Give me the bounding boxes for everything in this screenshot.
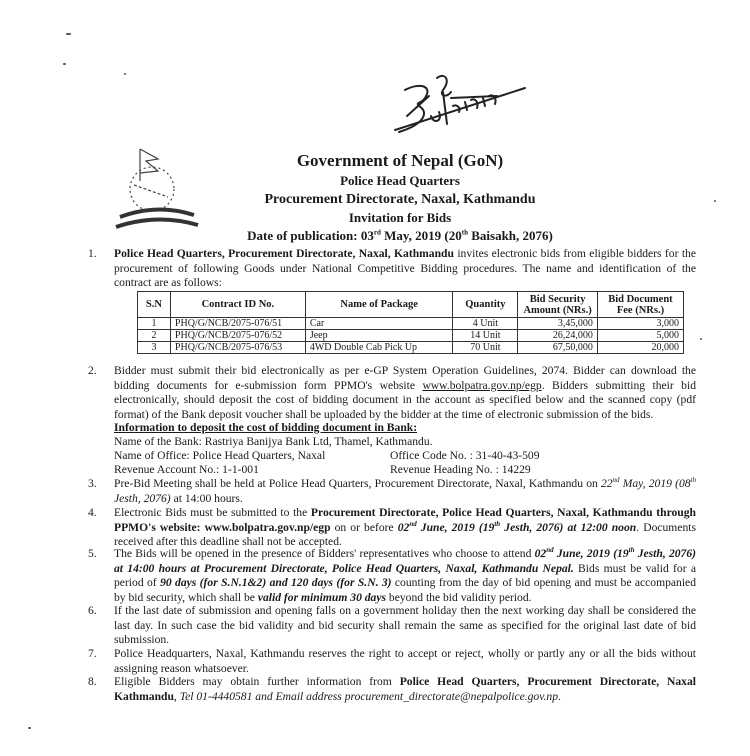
col-bid-security: Bid Security Amount (NRs.) [518,292,598,318]
publication-date: Date of publication: 03rd May, 2019 (20t… [200,227,600,245]
office-code: Office Code No. : 31-40-43-509 [390,449,540,463]
document-header: Government of Nepal (GoN) Police Head Qu… [200,150,600,245]
table-row: 1 PHQ/G/NCB/2075-076/51 Car 4 Unit 3,45,… [138,318,684,330]
handwritten-signature-icon [385,68,535,140]
bolpatra-link[interactable]: www.bolpatra.gov.np/egp [422,379,541,392]
nepal-police-emblem-icon [112,145,202,235]
clause-8: 8. Eligible Bidders may obtain further i… [88,675,696,704]
bank-info-heading: Information to deposit the cost of biddi… [114,421,417,435]
clause-3: 3. Pre-Bid Meeting shall be held at Poli… [88,477,696,506]
directorate-title: Procurement Directorate, Naxal, Kathmand… [200,190,600,209]
clause-1: 1. Police Head Quarters, Procurement Dir… [88,247,696,291]
revenue-heading: Revenue Heading No. : 14229 [390,463,531,477]
bank-name: Name of the Bank: Rastriya Banijya Bank … [114,435,433,449]
document-title: Invitation for Bids [200,209,600,227]
col-quantity: Quantity [453,292,518,318]
office-title: Police Head Quarters [200,172,600,190]
table-header-row: S.N Contract ID No. Name of Package Quan… [138,292,684,318]
office-name: Name of Office: Police Head Quarters, Na… [114,449,325,463]
clause-5: 5. The Bids will be opened in the presen… [88,547,696,605]
clause-7: 7. Police Headquarters, Naxal, Kathmandu… [88,647,696,676]
contact-info: Tel 01-4440581 and Email address procure… [180,690,558,703]
col-contract-id: Contract ID No. [170,292,305,318]
bid-packages-table: S.N Contract ID No. Name of Package Quan… [137,291,684,354]
col-package-name: Name of Package [305,292,453,318]
government-title: Government of Nepal (GoN) [200,150,600,172]
table-row: 3 PHQ/G/NCB/2075-076/53 4WD Double Cab P… [138,342,684,354]
clause-6: 6. If the last date of submission and op… [88,604,696,648]
clause-2: 2. Bidder must submit their bid electron… [88,364,696,422]
col-sn: S.N [138,292,171,318]
col-document-fee: Bid Document Fee (NRs.) [597,292,683,318]
table-row: 2 PHQ/G/NCB/2075-076/52 Jeep 14 Unit 26,… [138,330,684,342]
clause-4: 4. Electronic Bids must be submitted to … [88,506,696,550]
revenue-account: Revenue Account No.: 1-1-001 [114,463,259,477]
